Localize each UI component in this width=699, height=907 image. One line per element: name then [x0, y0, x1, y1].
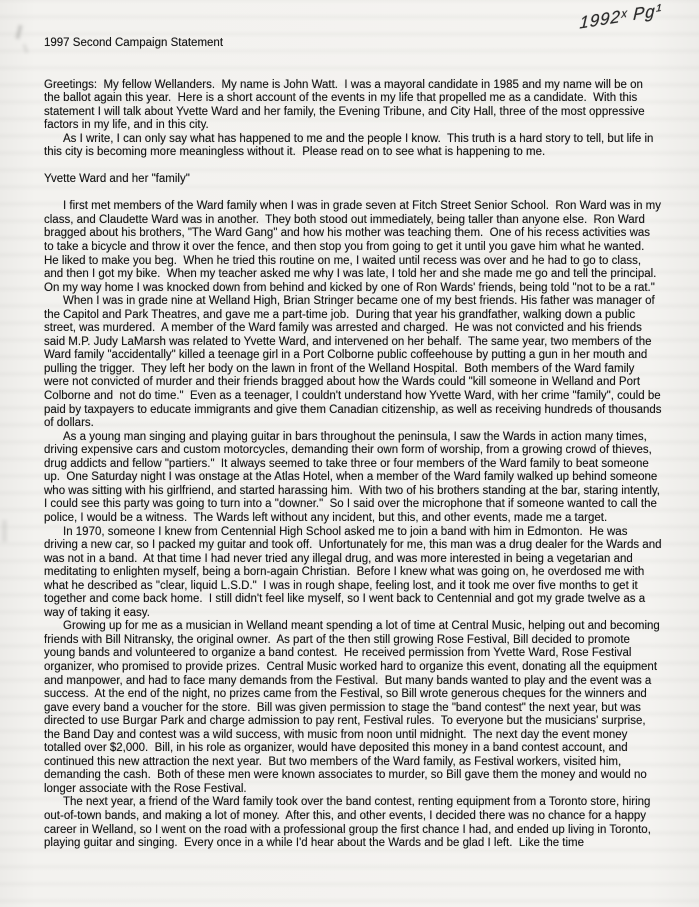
handwritten-annotation: 1992ˣ Pg¹: [579, 0, 663, 34]
paragraph: In 1970, someone I knew from Centennial …: [44, 526, 662, 621]
paragraph: As a young man singing and playing guita…: [44, 431, 662, 526]
scan-smudge: [23, 44, 29, 53]
scan-smudge: [2, 520, 7, 542]
paragraph: When I was in grade nine at Welland High…: [44, 295, 662, 430]
document-content: 1997 Second Campaign Statement Greetings…: [44, 37, 662, 851]
paragraph: The next year, a friend of the Ward fami…: [44, 796, 662, 850]
paragraph: As I write, I can only say what has happ…: [44, 133, 662, 160]
document-body: Greetings: My fellow Wellanders. My name…: [44, 79, 662, 851]
section-heading: Yvette Ward and her "family": [44, 173, 662, 187]
page-title: 1997 Second Campaign Statement: [44, 37, 662, 51]
scan-smudge: [15, 25, 22, 40]
paragraph: Greetings: My fellow Wellanders. My name…: [44, 79, 662, 133]
document-page: 1992ˣ Pg¹ 1997 Second Campaign Statement…: [0, 0, 699, 907]
paragraph: I first met members of the Ward family w…: [44, 200, 662, 295]
paragraph: Growing up for me as a musician in Wella…: [44, 620, 662, 796]
